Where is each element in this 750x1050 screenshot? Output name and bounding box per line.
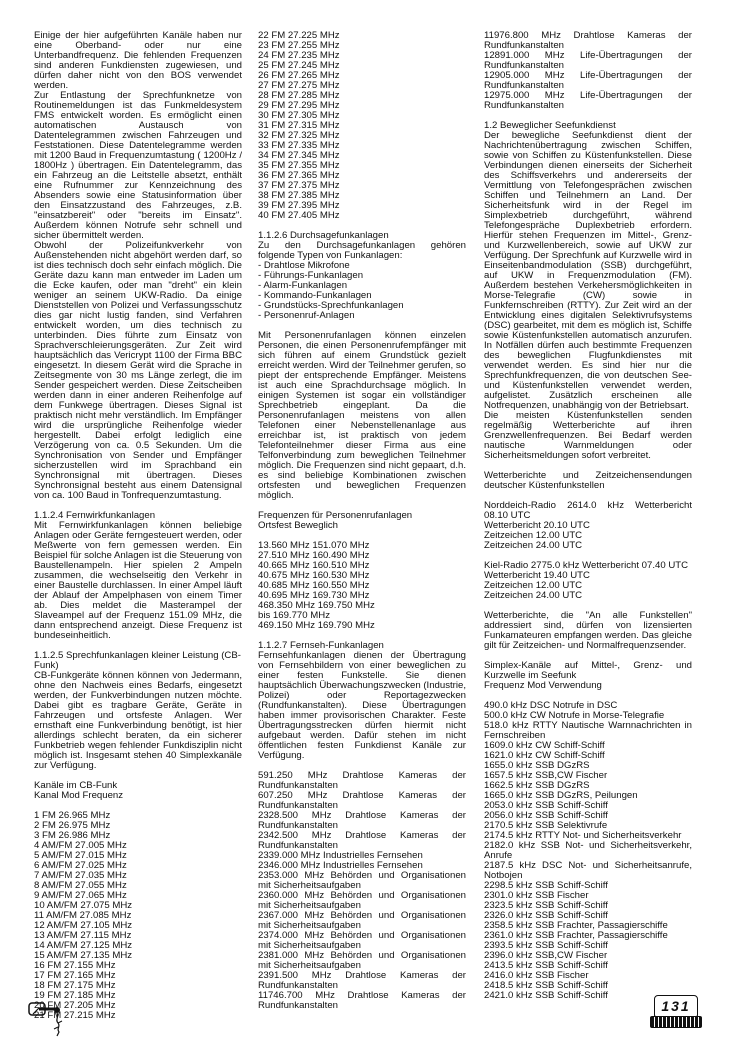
- list-item: 518.0 kHz RTTY Nautische Warnnachrichten…: [484, 721, 692, 741]
- section-1125-text: CB-Funkgeräte können können von Jederman…: [34, 671, 242, 771]
- computer-terminal-icon: [650, 1016, 702, 1028]
- cb-channel-list-b: 22 FM 27.225 MHz 23 FM 27.255 MHz 24 FM …: [258, 31, 466, 221]
- cb-channel-list-a: 1 FM 26.965 MHz 2 FM 26.975 MHz 3 FM 26.…: [34, 811, 242, 1021]
- tv-frequency-list-cont: 11976.800 MHz Drahtlose Kameras der Rund…: [484, 31, 692, 111]
- intro-paragraph-1: Einige der hier aufgeführten Kanäle habe…: [34, 31, 242, 91]
- pager-frequency-list: 13.560 MHz 151.070 MHz 27.510 MHz 160.49…: [258, 541, 466, 631]
- list-item: 2367.000 MHz Behörden und Organisationen…: [258, 911, 466, 931]
- kiel-list: Kiel-Radio 2775.0 kHz Wetterbericht 07.4…: [484, 561, 692, 601]
- list-item: 2187.5 kHz DSC Not- und Sicherheitsanruf…: [484, 861, 692, 881]
- intro-paragraph-fms: Zur Entlastung der Sprechfunknetze von R…: [34, 91, 242, 241]
- pager-table-header: Ortsfest Beweglich: [258, 521, 466, 531]
- section-1124-text: Mit Fernwirkfunkanlagen können beliebige…: [34, 521, 242, 641]
- cb-table-header: Kanal Mod Frequenz: [34, 791, 242, 801]
- norddeich-list: Norddeich-Radio 2614.0 kHz Wetterbericht…: [484, 501, 692, 551]
- list-item: 469.150 MHz 169.790 MHz: [258, 621, 466, 631]
- section-1126-intro: Zu den Durchsagefunkanlagen gehören folg…: [258, 241, 466, 261]
- list-item: 2182.0 kHz SSB Not- und Sicherheitsverke…: [484, 841, 692, 861]
- page-number-badge: 131: [648, 993, 704, 1031]
- list-item: 11976.800 MHz Drahtlose Kameras der Rund…: [484, 31, 692, 51]
- right-column: 11976.800 MHz Drahtlose Kameras der Rund…: [484, 31, 692, 1001]
- section-12-text: Der bewegliche Seefunkdienst dient der N…: [484, 131, 692, 411]
- left-column: Einige der hier aufgeführten Kanäle habe…: [34, 31, 242, 1021]
- section-1127-text: Fernsehfunkanlagen dienen der Übertragun…: [258, 651, 466, 761]
- list-item: 2353.000 MHz Behörden und Organisationen…: [258, 871, 466, 891]
- simplex-channel-list: 490.0 kHz DSC Notrufe in DSC 500.0 kHz C…: [484, 701, 692, 1001]
- weather-note: Wetterberichte, die "An alle Funkstellen…: [484, 611, 692, 651]
- list-item: 40 FM 27.405 MHz: [258, 211, 466, 221]
- list-item: 2381.000 MHz Behörden und Organisationen…: [258, 951, 466, 971]
- tv-frequency-list: 591.250 MHz Drahtlose Kameras der Rundfu…: [258, 771, 466, 1011]
- page-number: 131: [654, 995, 698, 1017]
- simplex-title: Simplex-Kanäle auf Mittel-, Grenz- und K…: [484, 661, 692, 681]
- simplex-header: Frequenz Mod Verwendung: [484, 681, 692, 691]
- middle-column: 22 FM 27.225 MHz 23 FM 27.255 MHz 24 FM …: [258, 31, 466, 1011]
- list-item: 591.250 MHz Drahtlose Kameras der Rundfu…: [258, 771, 466, 791]
- list-item: 2391.500 MHz Drahtlose Kameras der Rundf…: [258, 971, 466, 991]
- list-item: 12891.000 MHz Life-Übertragungen der Run…: [484, 51, 692, 71]
- list-item: 12905.000 MHz Life-Übertragungen der Run…: [484, 71, 692, 91]
- section-12-text-2: Die meisten Küstenfunkstellen senden reg…: [484, 411, 692, 461]
- list-item: 2342.500 MHz Drahtlose Kameras der Rundf…: [258, 831, 466, 851]
- weather-title: Wetterberichte und Zeitzeichensendungen …: [484, 471, 692, 491]
- list-item: 2360.000 MHz Behörden und Organisationen…: [258, 891, 466, 911]
- section-1125-heading: 1.1.2.5 Sprechfunkanlagen kleiner Leistu…: [34, 651, 242, 671]
- durchsage-types-list: - Drahtlose Mikrofone - Führungs-Funkanl…: [258, 261, 466, 321]
- list-item: Zeitzeichen 24.00 UTC: [484, 541, 692, 551]
- intro-paragraph-encryption: Obwohl der Polizeifunkverkehr von Außens…: [34, 241, 242, 501]
- list-item: 607.250 MHz Drahtlose Kameras der Rundfu…: [258, 791, 466, 811]
- soldering-iron-icon: [28, 1000, 72, 1040]
- list-item: Norddeich-Radio 2614.0 kHz Wetterbericht…: [484, 501, 692, 521]
- list-item: - Personenruf-Anlagen: [258, 311, 466, 321]
- list-item: 12975.000 MHz Life-Übertragungen der Run…: [484, 91, 692, 111]
- list-item: Zeitzeichen 24.00 UTC: [484, 591, 692, 601]
- list-item: 11746.700 MHz Drahtlose Kameras der Rund…: [258, 991, 466, 1011]
- list-item: 2374.000 MHz Behörden und Organisationen…: [258, 931, 466, 951]
- section-1126-text: Mit Personenrufanlagen können einzelen P…: [258, 331, 466, 501]
- list-item: 2328.500 MHz Drahtlose Kameras der Rundf…: [258, 811, 466, 831]
